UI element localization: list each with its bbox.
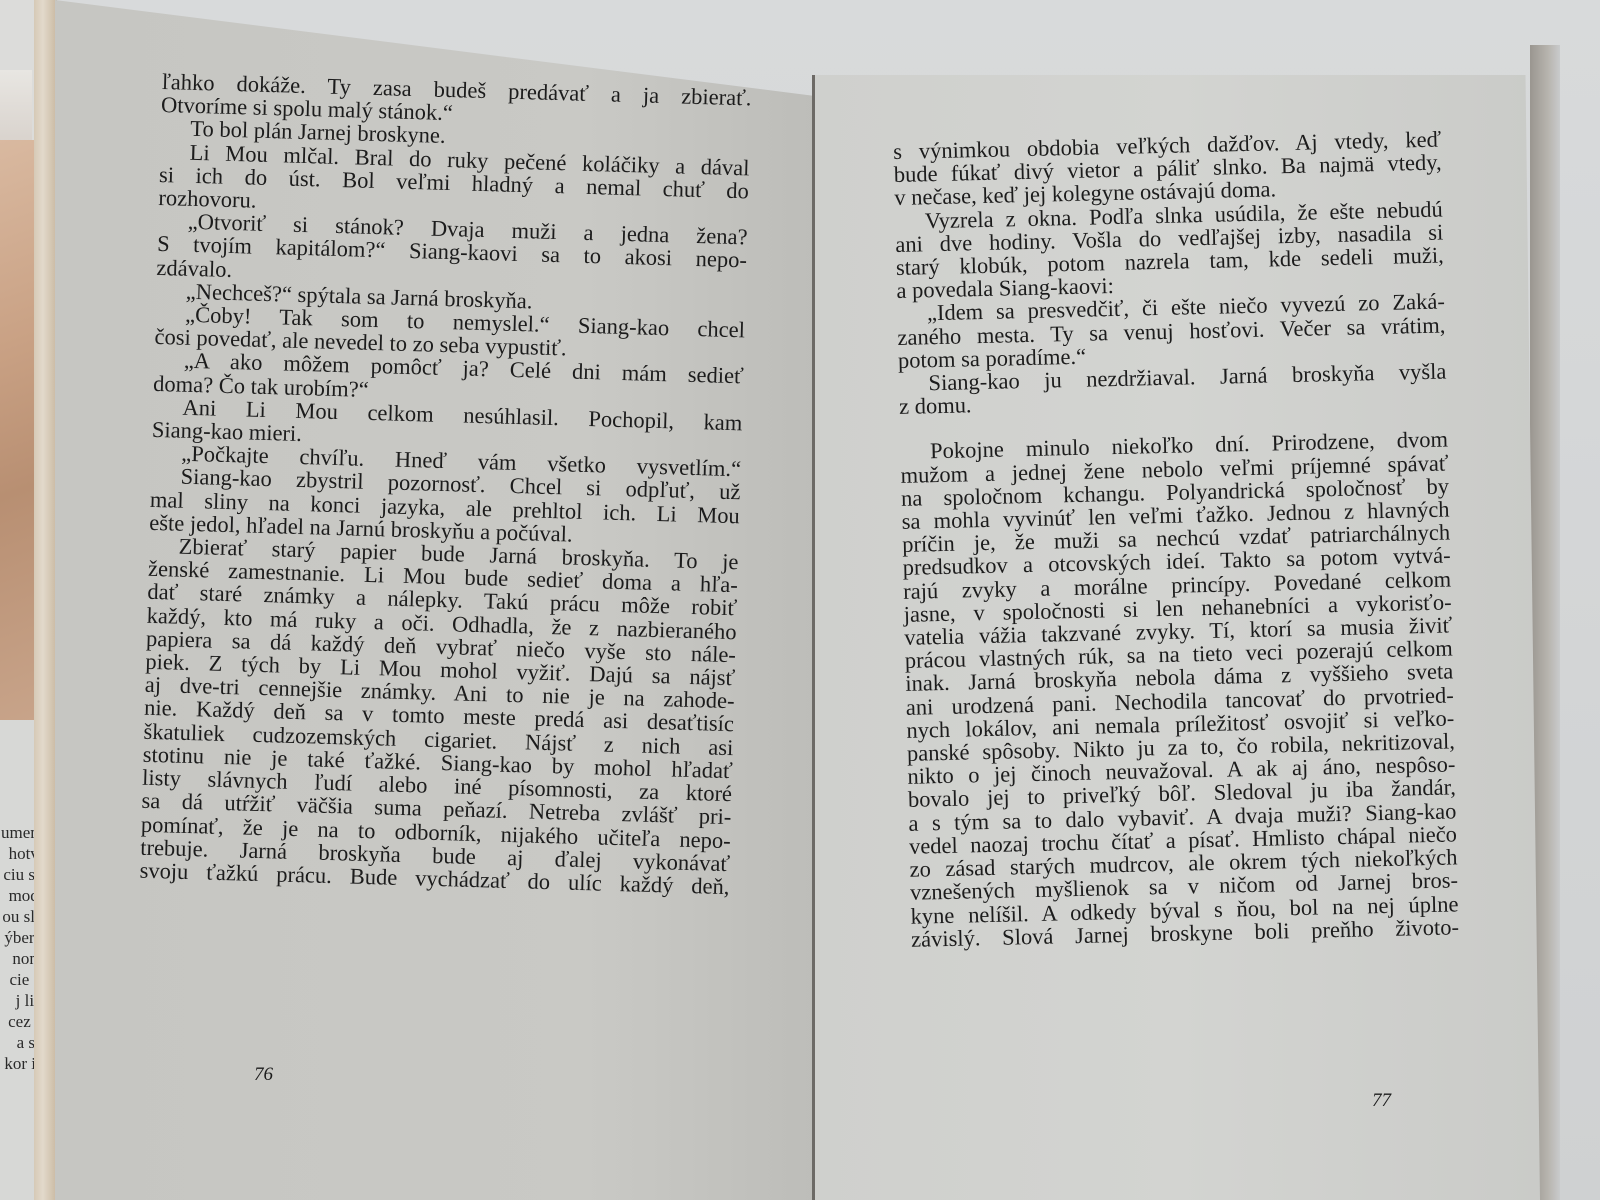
right-page-text: s výnimkou obdobia veľkých dažďov. Aj vt… xyxy=(893,128,1459,951)
book-page-edges xyxy=(34,0,57,1200)
right-page-section-1: s výnimkou obdobia veľkých dažďov. Aj vt… xyxy=(893,128,1447,419)
right-page-number: 77 xyxy=(1372,1090,1391,1112)
left-page-text: ľahko dokáže. Ty zasa budeš predávať a j… xyxy=(139,70,751,898)
book-gutter xyxy=(812,75,815,1200)
left-page-number: 76 xyxy=(254,1064,273,1086)
right-page-section-2: Pokojne minulo niekoľko dní. Prirodzene,… xyxy=(900,428,1459,951)
